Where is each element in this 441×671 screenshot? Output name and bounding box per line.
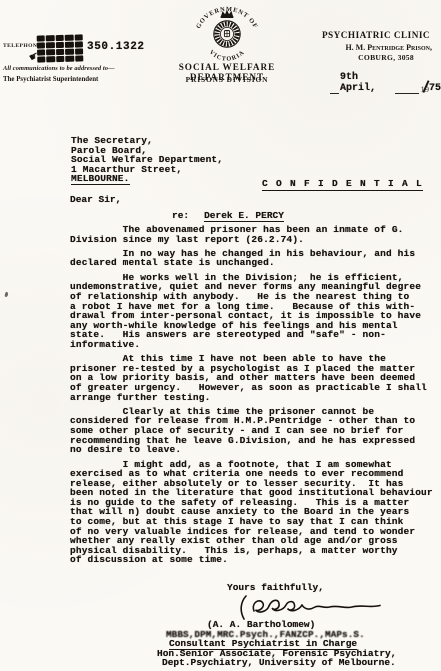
telephone-label: TELEPHONE [3,43,41,49]
crest-seal [214,21,240,47]
svg-text:VICTORIA: VICTORIA [208,49,246,63]
re-label: re: [172,210,189,222]
salutation: Dear Sir, [70,194,121,205]
subject-line: re: Derek E. PERCY [172,210,284,222]
scanned-letter: TELEPHONE ☛ 350.1322 All communications … [0,0,441,671]
communications-note: All communications to be addressed to— [3,65,115,72]
crest-bottom-text: VICTORIA [208,49,246,63]
addressee-line: The Psychiatrist Superintendent [3,76,98,83]
scan-artifact [4,292,8,298]
division-title: PRISONS DIVISION [168,75,286,84]
date-year: 19 75 [420,83,441,94]
body-paragraph: He works well in the Division; he is eff… [70,273,434,350]
victoria-government-crest-icon: GOVERNMENT OF VICTORIA [183,3,271,63]
date-underline-dash [395,84,419,94]
confidential-stamp: C O N F I D E N T I A L [262,178,423,191]
signatory-role-2: Dept.Psychiatry, University of Melbourne… [162,657,396,668]
date-underline-dash [330,84,339,94]
date-day-month: 9th April, [340,72,394,94]
body-paragraph: Clearly at this time the prisoner cannot… [70,407,434,455]
phone-number: 350.1322 [87,41,145,53]
prisoner-name: Derek E. PERCY [204,210,284,222]
prison-line: H. M. Pentridge Prison, [330,43,432,52]
body-paragraph: The abovenamed prisoner has been an inma… [70,225,434,244]
letter-body: The abovenamed prisoner has been an inma… [70,225,434,570]
signature-scrawl [238,595,390,622]
body-paragraph: At this time I have not been able to hav… [70,354,434,402]
redacted-phone-stamp [37,34,84,62]
clinic-title: PSYCHIATRIC CLINIC [320,30,432,40]
suburb-line: COBURG, 3058 [330,53,414,62]
recipient-city: MELBOURNE. [71,173,130,185]
date-year-typed: 75 [429,83,441,94]
recipient-address: The Secretary, Parole Board, Social Welf… [71,136,223,184]
valediction: Yours faithfully, [227,582,324,593]
body-paragraph: In no way has he changed in his behaviou… [70,249,434,268]
body-paragraph: I might add, as a footnote, that I am so… [70,460,434,566]
date-line: 9th April, 19 75 [330,72,441,94]
